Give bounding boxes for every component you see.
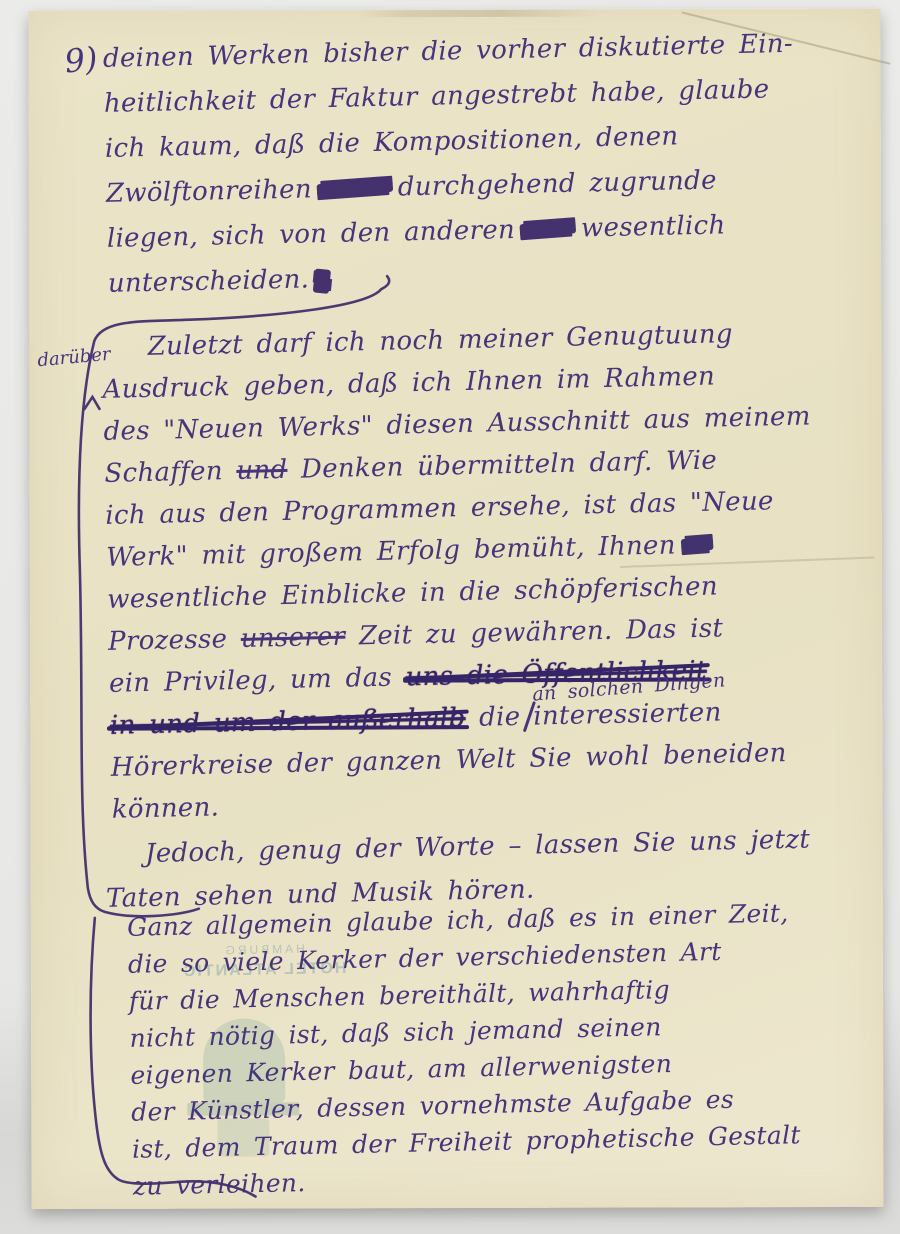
scan-background: { "colors":{"ink":"#46357a","paper":"#e9…: [0, 0, 900, 1234]
deleted-paragraph-mark: [313, 268, 331, 293]
handwriting-text: Zwölftonreihen: [106, 174, 313, 208]
struck-text: in und um der außerhalb: [110, 703, 466, 741]
handwriting-text: unterscheiden.: [108, 264, 310, 298]
handwriting-text: wesentlich: [581, 210, 726, 243]
scratched-out-ink: [680, 537, 713, 552]
handwriting-text: zu verleihen.: [133, 1168, 306, 1201]
marginal-page-number: 9): [63, 39, 100, 80]
inserted-word-darueber: darüber: [37, 344, 112, 371]
paragraph-four: Ganz allgemein glaube ich, daß es in ein…: [127, 894, 802, 1205]
paragraph-one: deinen Werken bisher die vorher diskutie…: [103, 22, 799, 307]
handwriting-text: ich kaum, daß die Kompositionen, denen: [105, 121, 679, 164]
manuscript-page: HAMBURG HOTEL ATLANTIC 9) darüber deinen…: [28, 9, 883, 1209]
handwriting-text: durchgehend zugrunde: [397, 166, 717, 203]
struck-text: unserer: [240, 622, 345, 654]
handwriting-text: Ausdruck geben, daß ich Ihnen im Rahmen: [102, 362, 715, 405]
handwriting-text: Zeit zu gewähren. Das ist: [345, 613, 724, 651]
handwriting-text: Schaffen: [104, 456, 237, 489]
handwriting-text: Hörerkreise der ganzen Welt Sie wohl ben…: [111, 738, 787, 783]
handwriting-text: Denken übermitteln darf. Wie: [287, 446, 717, 485]
scratched-out-ink: [520, 220, 577, 237]
struck-text: und: [236, 455, 288, 486]
handwriting-text: Jedoch, genug der Worte – lassen Sie uns…: [145, 825, 811, 870]
handwriting-text: deinen Werken bisher die vorher diskutie…: [103, 29, 794, 74]
handwriting-text: können.: [111, 792, 219, 824]
insertion-caret: [84, 397, 99, 409]
handwriting-text: wesentliche Einblicke in die schöpferisc…: [107, 572, 718, 615]
handwriting-text: liegen, sich von den anderen: [107, 215, 516, 254]
scratched-out-ink: [316, 179, 393, 198]
handwriting-text: Werk" mit großem Erfolg bemüht, Ihnen: [106, 530, 676, 572]
handwriting-text: heitlichkeit der Faktur angestrebt habe,…: [104, 74, 770, 119]
paragraph-two: Zuletzt darf ich noch meiner GenugtuungA…: [101, 311, 819, 830]
paper-tear-mark: [358, 10, 598, 18]
handwriting-text: Prozesse: [108, 624, 241, 657]
handwriting-text: die: [465, 702, 520, 733]
handwriting-text: ein Privileg, um das: [109, 662, 406, 698]
handwriting-text: Zuletzt darf ich noch meiner Genugtuung: [147, 319, 733, 362]
